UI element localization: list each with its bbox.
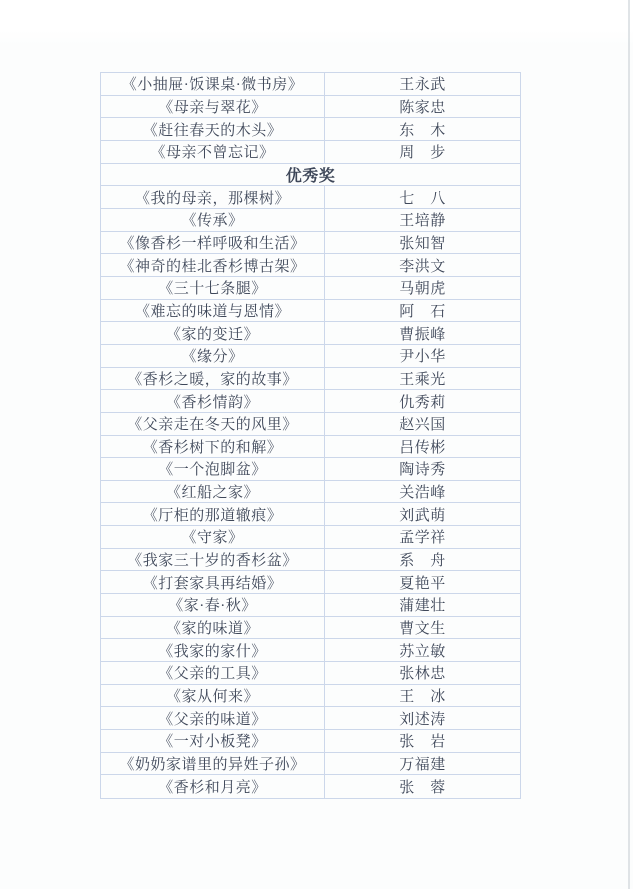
author-name: 关浩峰	[324, 481, 520, 503]
table-row: 《赶往春天的木头》东 木	[101, 118, 520, 141]
author-name: 阿 石	[324, 300, 520, 322]
table-row: 《家的变迁》曹振峰	[101, 322, 520, 345]
author-name: 张林忠	[324, 662, 520, 684]
author-name: 曹文生	[324, 617, 520, 639]
work-title: 《家从何来》	[101, 685, 324, 707]
table-row: 《一对小板凳》张 岩	[101, 730, 520, 753]
work-title: 《我的母亲，那棵树》	[101, 186, 324, 208]
author-name: 王 冰	[324, 685, 520, 707]
author-name: 赵兴国	[324, 413, 520, 435]
table-row: 《缘分》尹小华	[101, 345, 520, 368]
award-table: 《小抽屉·饭课桌·微书房》王永武《母亲与翠花》陈家忠《赶往春天的木头》东 木《母…	[100, 72, 521, 799]
author-name: 万福建	[324, 753, 520, 775]
work-title: 《三十七条腿》	[101, 277, 324, 299]
section-header-label: 优秀奖	[101, 164, 520, 186]
author-name: 系 舟	[324, 549, 520, 571]
author-name: 苏立敏	[324, 639, 520, 661]
scanned-page: 《小抽屉·饭课桌·微书房》王永武《母亲与翠花》陈家忠《赶往春天的木头》东 木《母…	[0, 0, 633, 889]
work-title: 《我家的家什》	[101, 639, 324, 661]
work-title: 《赶往春天的木头》	[101, 118, 324, 140]
table-row: 《小抽屉·饭课桌·微书房》王永武	[101, 73, 520, 96]
work-title: 《母亲不曾忘记》	[101, 141, 324, 163]
section-header-row: 优秀奖	[101, 164, 520, 187]
work-title: 《像香杉一样呼吸和生活》	[101, 232, 324, 254]
work-title: 《缘分》	[101, 345, 324, 367]
table-row: 《家的味道》曹文生	[101, 617, 520, 640]
table-row: 《母亲不曾忘记》周 步	[101, 141, 520, 164]
work-title: 《香杉和月亮》	[101, 775, 324, 798]
work-title: 《一对小板凳》	[101, 730, 324, 752]
table-row: 《守家》孟学祥	[101, 526, 520, 549]
work-title: 《父亲的味道》	[101, 707, 324, 729]
table-row: 《父亲的工具》张林忠	[101, 662, 520, 685]
work-title: 《香杉树下的和解》	[101, 436, 324, 458]
author-name: 陈家忠	[324, 96, 520, 118]
table-row: 《香杉之暖，家的故事》王乘光	[101, 368, 520, 391]
author-name: 吕传彬	[324, 436, 520, 458]
table-row: 《家从何来》王 冰	[101, 685, 520, 708]
author-name: 蒲建壮	[324, 594, 520, 616]
table-row: 《父亲走在冬天的风里》赵兴国	[101, 413, 520, 436]
work-title: 《父亲走在冬天的风里》	[101, 413, 324, 435]
author-name: 王培静	[324, 209, 520, 231]
table-row: 《父亲的味道》刘述涛	[101, 707, 520, 730]
table-row: 《我家的家什》苏立敏	[101, 639, 520, 662]
author-name: 李洪文	[324, 254, 520, 276]
work-title: 《厅柜的那道辙痕》	[101, 503, 324, 525]
work-title: 《难忘的味道与恩情》	[101, 300, 324, 322]
work-title: 《家的变迁》	[101, 322, 324, 344]
table-row: 《香杉和月亮》张 蓉	[101, 775, 520, 798]
author-name: 刘述涛	[324, 707, 520, 729]
work-title: 《神奇的桂北香杉博古架》	[101, 254, 324, 276]
work-title: 《家的味道》	[101, 617, 324, 639]
table-row: 《厅柜的那道辙痕》刘武萌	[101, 503, 520, 526]
table-row: 《打套家具再结婚》夏艳平	[101, 571, 520, 594]
table-row: 《香杉树下的和解》吕传彬	[101, 436, 520, 459]
author-name: 曹振峰	[324, 322, 520, 344]
author-name: 马朝虎	[324, 277, 520, 299]
work-title: 《守家》	[101, 526, 324, 548]
table-row: 《红船之家》关浩峰	[101, 481, 520, 504]
table-row: 《香杉情韵》仇秀莉	[101, 390, 520, 413]
table-row: 《我家三十岁的香杉盆》系 舟	[101, 549, 520, 572]
work-title: 《小抽屉·饭课桌·微书房》	[101, 73, 324, 95]
author-name: 陶诗秀	[324, 458, 520, 480]
work-title: 《我家三十岁的香杉盆》	[101, 549, 324, 571]
author-name: 孟学祥	[324, 526, 520, 548]
table-row: 《神奇的桂北香杉博古架》李洪文	[101, 254, 520, 277]
author-name: 张 岩	[324, 730, 520, 752]
work-title: 《传承》	[101, 209, 324, 231]
table-row: 《三十七条腿》马朝虎	[101, 277, 520, 300]
table-row: 《母亲与翠花》陈家忠	[101, 96, 520, 119]
work-title: 《红船之家》	[101, 481, 324, 503]
author-name: 张知智	[324, 232, 520, 254]
author-name: 七 八	[324, 186, 520, 208]
author-name: 仇秀莉	[324, 390, 520, 412]
work-title: 《母亲与翠花》	[101, 96, 324, 118]
table-row: 《像香杉一样呼吸和生活》张知智	[101, 232, 520, 255]
page-edge-shadow	[628, 0, 630, 889]
work-title: 《香杉之暖，家的故事》	[101, 368, 324, 390]
author-name: 王永武	[324, 73, 520, 95]
table-row: 《家·春·秋》蒲建壮	[101, 594, 520, 617]
work-title: 《打套家具再结婚》	[101, 571, 324, 593]
table-row: 《奶奶家谱里的异姓子孙》万福建	[101, 753, 520, 776]
table-row: 《我的母亲，那棵树》七 八	[101, 186, 520, 209]
work-title: 《父亲的工具》	[101, 662, 324, 684]
author-name: 东 木	[324, 118, 520, 140]
work-title: 《一个泡脚盆》	[101, 458, 324, 480]
author-name: 周 步	[324, 141, 520, 163]
table-row: 《一个泡脚盆》陶诗秀	[101, 458, 520, 481]
author-name: 夏艳平	[324, 571, 520, 593]
author-name: 王乘光	[324, 368, 520, 390]
work-title: 《香杉情韵》	[101, 390, 324, 412]
author-name: 张 蓉	[324, 775, 520, 798]
work-title: 《奶奶家谱里的异姓子孙》	[101, 753, 324, 775]
table-row: 《传承》王培静	[101, 209, 520, 232]
author-name: 刘武萌	[324, 503, 520, 525]
table-row: 《难忘的味道与恩情》阿 石	[101, 300, 520, 323]
work-title: 《家·春·秋》	[101, 594, 324, 616]
author-name: 尹小华	[324, 345, 520, 367]
